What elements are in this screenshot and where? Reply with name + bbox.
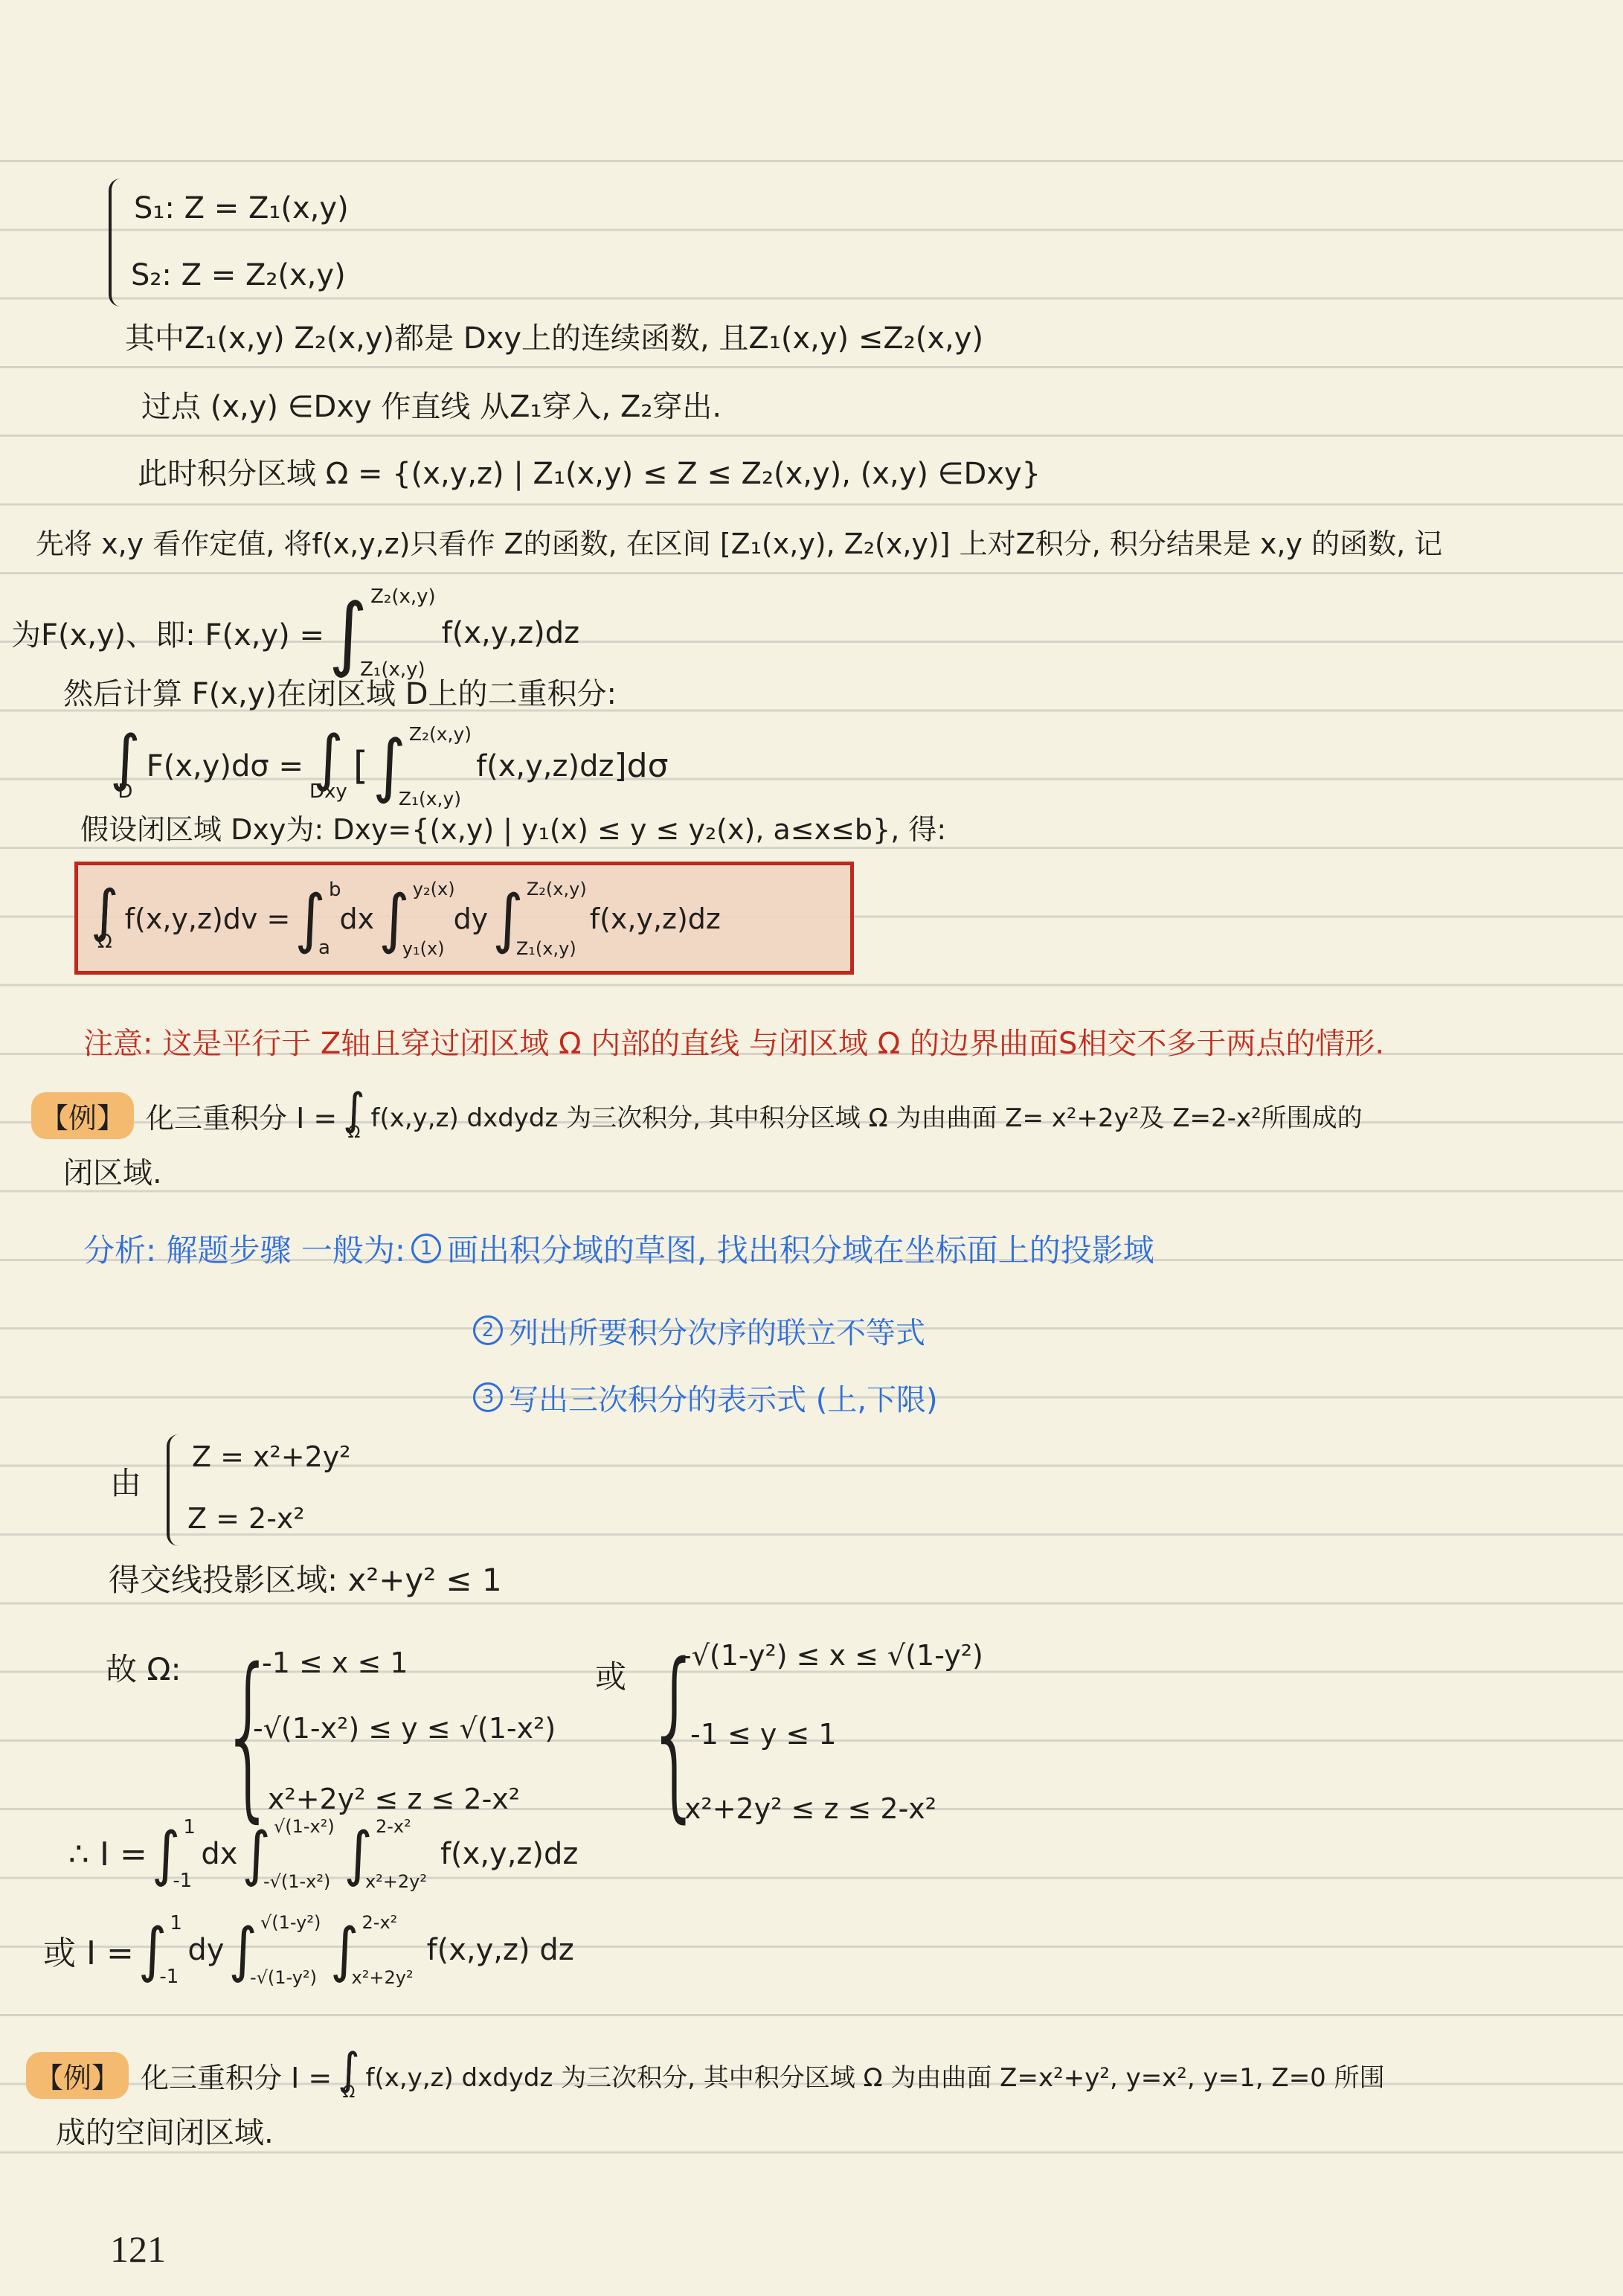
integral-y: ∫ y₂(x) y₁(x) (379, 888, 449, 950)
analysis-step1-text: 画出积分域的草图, 找出积分域在坐标面上的投影域 (447, 1226, 1154, 1271)
integrand: f(x,y,z)dz (476, 749, 614, 783)
lower-limit: -√(1-x²) (263, 1873, 330, 1891)
analysis-step2: 2 列出所要积分次序的联立不等式 (467, 1308, 925, 1353)
analysis-step1: 分析: 解题步骤 一般为: 1 画出积分域的草图, 找出积分域在坐标面上的投影域 (83, 1226, 1154, 1271)
lower-limit: y₁(x) (402, 940, 445, 958)
triple-integral-omega: ∫∫∫ Ω (343, 1090, 364, 1141)
dy: dy (454, 902, 489, 935)
integral-x: ∫ 1 -1 (138, 1921, 184, 1979)
omega-left-row2: -√(1-x²) ≤ y ≤ √(1-x²) (253, 1711, 556, 1747)
fix-xy-explanation: 先将 x,y 看作定值, 将f(x,y,z)只看作 Z的函数, 在区间 [Z₁(… (36, 527, 1442, 562)
triple-integral-result-2: 或 I = ∫ 1 -1 dy ∫ √(1-y²) -√(1-y²) ∫ 2-x… (43, 1902, 574, 1998)
integral-z: ∫ Z₂(x,y) Z₁(x,y) (492, 888, 581, 950)
omega-left-row1: -1 ≤ x ≤ 1 (262, 1646, 408, 1681)
upper-limit: b (329, 880, 341, 900)
lower-limit: a (318, 938, 331, 958)
integral-x: ∫ 1 -1 (152, 1825, 197, 1883)
lower-limit: -√(1-y²) (250, 1969, 317, 1986)
projection-region: 得交线投影区域: x²+y² ≤ 1 (109, 1561, 502, 1600)
upper-limit: Z₂(x,y) (409, 725, 472, 743)
circled-1-icon: 1 (411, 1234, 441, 1263)
triple-integral-omega: ∫∫∫ Ω (91, 885, 119, 951)
example2-continued: 成的空间闭区域. (56, 2114, 274, 2152)
brace-icon (167, 1434, 180, 1546)
from-word: 由 (110, 1464, 141, 1504)
result2-prefix: 或 I = (43, 1926, 134, 1974)
formula-lhs: f(x,y,z)dv = (125, 902, 291, 935)
upper-limit: 2-x² (376, 1818, 437, 1835)
example-label: 【例】 (26, 2052, 129, 2099)
f-definition-formula: 为F(x,y)、即: F(x,y) = ∫ Z₂(x,y) Z₁(x,y) f(… (11, 579, 579, 687)
analysis-step2-text: 列出所要积分次序的联立不等式 (509, 1309, 925, 1352)
example1-text-start: 化三重积分 I = (146, 1095, 337, 1136)
lower-limit: x²+2y² (352, 1969, 414, 1986)
f-definition-prefix: 为F(x,y)、即: F(x,y) = (11, 612, 324, 654)
double-integral-icon: ∫∫ (313, 730, 344, 788)
triple-integral-icon: ∫∫∫ (338, 2049, 359, 2091)
open-bracket: [ (353, 744, 368, 789)
omega-right-row3: x²+2y² ≤ z ≤ 2-x² (684, 1792, 936, 1827)
integral-z: ∫ Z₂(x,y) Z₁(x,y) (373, 732, 466, 801)
example1-line: 【例】 化三重积分 I = ∫∫∫ Ω f(x,y,z) dxdydz 为三次积… (31, 1080, 1363, 1151)
integral-z: ∫ Z₂(x,y) Z₁(x,y) (329, 594, 430, 672)
omega-right-row2: -1 ≤ y ≤ 1 (690, 1717, 837, 1753)
omega-right-row1: -√(1-y²) ≤ x ≤ √(1-y²) (681, 1638, 983, 1674)
example2-text-rest: f(x,y,z) dxdydz 为三次积分, 其中积分区域 Ω 为由曲面 Z=x… (366, 2057, 1385, 2094)
upper-limit: √(1-x²) (274, 1818, 341, 1835)
surface-s1-equation: S₁: Z = Z₁(x,y) (134, 190, 349, 227)
integral-z: ∫ 2-x² x²+2y² (330, 1921, 418, 1979)
lower-limit: x²+2y² (365, 1873, 427, 1891)
result1-prefix: ∴ I = (68, 1835, 147, 1873)
example1-text-rest: f(x,y,z) dxdydz 为三次积分, 其中积分区域 Ω 为由曲面 Z= … (371, 1097, 1363, 1134)
lower-limit: -1 (173, 1871, 192, 1891)
upper-limit: √(1-y²) (260, 1914, 327, 1931)
assume-region-line: 假设闭区域 Dxy为: Dxy={(x,y) | y₁(x) ≤ y ≤ y₂(… (80, 812, 946, 848)
triple-integral-icon: ∫∫∫ (343, 1089, 364, 1131)
dx: dx (340, 902, 375, 935)
lower-limit: Z₁(x,y) (399, 789, 461, 808)
triple-integral-result-1: ∴ I = ∫ 1 -1 dx ∫ √(1-x²) -√(1-x²) ∫ 2-x… (68, 1809, 578, 1899)
lower-limit: -1 (159, 1967, 179, 1986)
continuity-condition: 其中Z₁(x,y) Z₂(x,y)都是 Dxy上的连续函数, 且Z₁(x,y) … (125, 320, 983, 357)
example2-line: 【例】 化三重积分 I = ∫∫∫ Ω f(x,y,z) dxdydz 为三次积… (26, 2040, 1385, 2111)
triple-integral-icon: ∫∫∫ (91, 885, 119, 938)
dx: dx (201, 1837, 237, 1871)
integrand: f(x,y,z)dz (440, 1837, 578, 1871)
upper-limit: 1 (183, 1818, 202, 1837)
double-integral-d: ∫∫ D (110, 731, 141, 801)
double-integral-dxy: ∫∫ Dxy (309, 731, 347, 801)
upper-limit: 2-x² (362, 1914, 424, 1931)
integrand: f(x,y,z) dz (427, 1933, 574, 1967)
dy: dy (187, 1933, 224, 1967)
close-bracket-dsigma: ]dσ (614, 747, 669, 785)
upper-limit: Z₂(x,y) (527, 880, 587, 898)
boxed-triple-integral-formula: ∫∫∫ Ω f(x,y,z)dv = ∫ b a dx ∫ y₂(x) y₁(x… (85, 865, 721, 972)
example2-text-start: 化三重积分 I = (141, 2055, 332, 2096)
notebook-page: S₁: Z = Z₁(x,y) S₂: Z = Z₂(x,y) 其中Z₁(x,y… (0, 0, 1623, 2296)
or-word: 或 (595, 1658, 626, 1697)
triple-integral-omega: ∫∫∫ Ω (338, 2050, 359, 2101)
analysis-step3-text: 写出三次积分的表示式 (上,下限) (509, 1376, 938, 1419)
integration-region-def: 此时积分区域 Ω = {(x,y,z) | Z₁(x,y) ≤ Z ≤ Z₂(x… (138, 455, 1041, 493)
circled-3-icon: 3 (473, 1382, 503, 1412)
attention-note: 注意: 这是平行于 Z轴且穿过闭区域 Ω 内部的直线 与闭区域 Ω 的边界曲面S… (83, 1025, 1384, 1062)
integrand: f(x,y,z)dz (590, 902, 721, 935)
line-through-note: 过点 (x,y) ∈Dxy 作直线 从Z₁穿入, Z₂穿出. (141, 388, 721, 426)
lower-limit: Z₁(x,y) (516, 940, 576, 958)
surface-s2-equation: S₂: Z = Z₂(x,y) (131, 257, 346, 294)
page-number: 121 (110, 2226, 166, 2273)
integrand: f(x,y,z)dz (442, 616, 579, 650)
upper-limit: y₂(x) (413, 880, 455, 898)
integral-x: ∫ b a (295, 888, 335, 950)
circled-2-icon: 2 (473, 1315, 503, 1345)
double-integral-lhs: F(x,y)dσ = (147, 749, 303, 783)
then-compute-note: 然后计算 F(x,y)在闭区域 D上的二重积分: (63, 676, 617, 713)
double-integral-formula: ∫∫ D F(x,y)dσ = ∫∫ Dxy [ ∫ Z₂(x,y) Z₁(x,… (104, 716, 669, 816)
integral-y: ∫ √(1-x²) -√(1-x²) (242, 1825, 335, 1883)
hence-omega-label: 故 Ω: (106, 1650, 181, 1690)
example1-continued: 闭区域. (63, 1155, 162, 1192)
upper-limit: 1 (170, 1914, 189, 1933)
upper-limit: Z₂(x,y) (370, 587, 436, 606)
integral-y: ∫ √(1-y²) -√(1-y²) (228, 1921, 321, 1979)
example-label: 【例】 (31, 1092, 134, 1139)
surface-eq2: Z = 2-x² (187, 1501, 305, 1537)
integral-z: ∫ 2-x² x²+2y² (344, 1825, 431, 1883)
analysis-prefix: 分析: 解题步骤 一般为: (83, 1226, 405, 1271)
surface-eq1: Z = x²+2y² (192, 1440, 351, 1475)
brace-icon (109, 179, 122, 307)
analysis-step3: 3 写出三次积分的表示式 (上,下限) (467, 1375, 938, 1420)
double-integral-icon: ∫∫ (110, 730, 141, 788)
